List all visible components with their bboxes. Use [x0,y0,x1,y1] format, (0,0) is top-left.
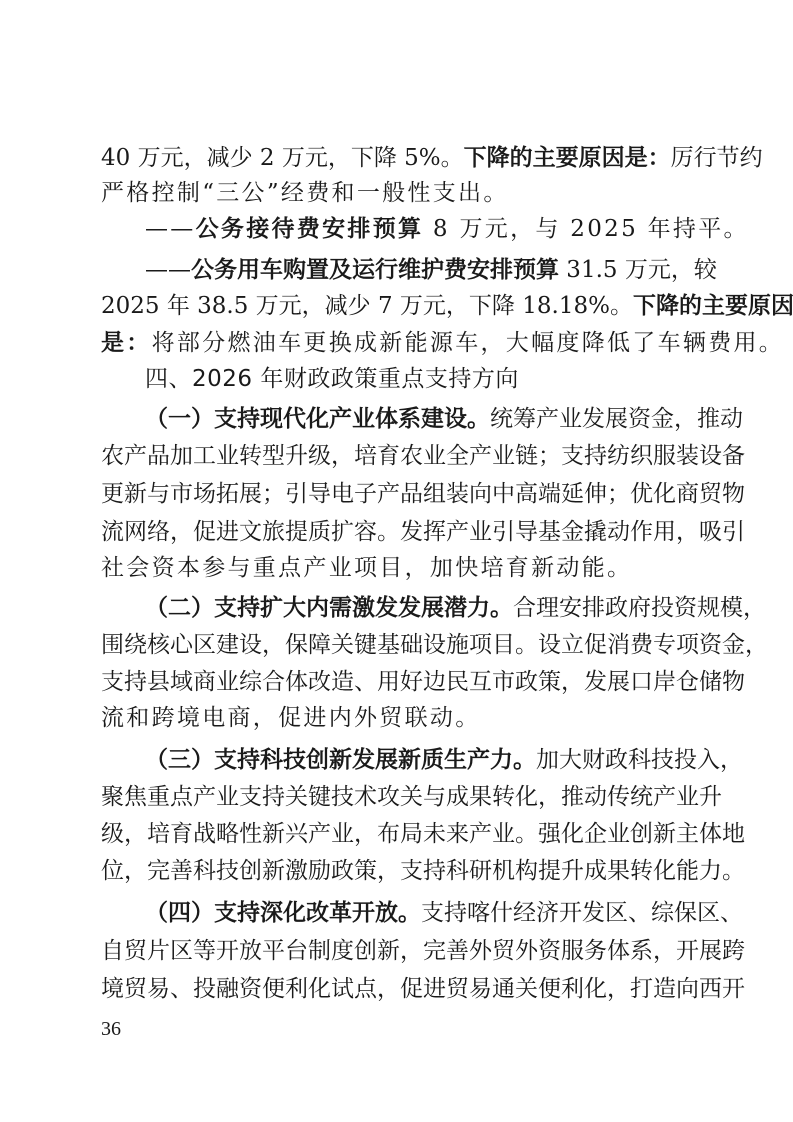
body-text: 社会资本参与重点产业项目，加快培育新动能。 [101,555,632,581]
em-dash: —— [145,257,191,283]
paragraph-line: 2025 年 38.5 万元，减少 7 万元，下降 18.18%。下降的主要原因 [101,291,691,321]
em-dash: —— [145,216,196,242]
bold-reason-label: 下降的主要原因 [633,293,793,319]
body-text: 将部分燃油车更换成新能源车，大幅度降低了车辆费用。 [152,330,785,356]
paragraph-line: 是：将部分燃油车更换成新能源车，大幅度降低了车辆费用。 [101,328,691,358]
paragraph-line: 位，完善科技创新激励政策，支持科研机构提升成果转化能力。 [101,856,691,886]
paragraph-line: 严格控制“三公”经费和一般性支出。 [101,178,691,208]
body-text: 厉行节约 [671,145,763,171]
body-text: 流和跨境电商，促进内外贸联动。 [101,705,481,731]
body-text: 农产品加工业转型升级，培育农业全产业链；支持纺织服装设备 [101,443,745,469]
bold-item-label: 公务用车购置及运行维护费安排预算 [191,257,559,283]
paragraph-line: 自贸片区等开放平台制度创新，完善外贸外资服务体系，开展跨 [101,936,691,966]
paragraph-line: 围绕核心区建设，保障关键基础设施项目。设立促消费专项资金， [101,630,691,660]
body-text: 统筹产业发展资金，推动 [490,406,743,432]
paragraph-line: 聚焦重点产业支持关键技术攻关与成果转化，推动传统产业升 [101,782,691,812]
paragraph-line: 流网络，促进文旅提质扩容。发挥产业引导基金撬动作用，吸引 [101,517,691,547]
body-text: 围绕核心区建设，保障关键基础设施项目。设立促消费专项资金， [101,632,768,658]
section-heading-text: 四、2026 年财政政策重点支持方向 [145,366,519,392]
body-text: 合理安排政府投资规模， [513,595,766,621]
paragraph-line: 更新与市场拓展；引导电子产品组装向中高端延伸；优化商贸物 [101,479,691,509]
paragraph-line: 流和跨境电商，促进内外贸联动。 [101,703,691,733]
page-number: 36 [101,1018,121,1041]
body-text: 支持县域商业综合体改造、用好边民互市政策，发展口岸仓储物 [101,669,745,695]
bold-item-label: 公务接待费安排预算 [196,216,424,242]
paragraph-line: （四）支持深化改革开放。支持喀什经济开发区、综保区、 [145,898,691,928]
paragraph-line: 社会资本参与重点产业项目，加快培育新动能。 [101,553,691,583]
body-text: 级，培育战略性新兴产业，布局未来产业。强化企业创新主体地 [101,821,745,847]
body-text: 位，完善科技创新激励政策，支持科研机构提升成果转化能力。 [101,858,745,884]
body-text: 31.5 万元，较 [559,257,717,283]
body-text: 8 万元，与 2025 年持平。 [423,216,749,242]
body-text: 更新与市场拓展；引导电子产品组装向中高端延伸；优化商贸物 [101,481,745,507]
body-text: 支持喀什经济开发区、综保区、 [421,900,743,926]
paragraph-line: （三）支持科技创新发展新质生产力。加大财政科技投入， [145,745,691,775]
subsection-title: （一）支持现代化产业体系建设。 [145,406,490,432]
body-text: 聚焦重点产业支持关键技术攻关与成果转化，推动传统产业升 [101,784,722,810]
bold-reason-label: 下降的主要原因是： [464,145,671,171]
body-text: 严格控制“三公”经费和一般性支出。 [101,180,509,206]
paragraph-line: 40 万元，减少 2 万元，下降 5%。下降的主要原因是：厉行节约 [101,143,691,173]
body-text: 40 万元，减少 2 万元，下降 5%。 [101,145,464,171]
subsection-title: （二）支持扩大内需激发发展潜力。 [145,595,513,621]
subsection-title: （四）支持深化改革开放。 [145,900,421,926]
body-text: 自贸片区等开放平台制度创新，完善外贸外资服务体系，开展跨 [101,938,745,964]
paragraph-line: ——公务用车购置及运行维护费安排预算 31.5 万元，较 [145,255,691,285]
body-text: 加大财政科技投入， [536,747,743,773]
paragraph-line: 级，培育战略性新兴产业，布局未来产业。强化企业创新主体地 [101,819,691,849]
body-text: 2025 年 38.5 万元，减少 7 万元，下降 18.18%。 [101,293,633,319]
paragraph-line: 支持县域商业综合体改造、用好边民互市政策，发展口岸仓储物 [101,667,691,697]
bold-reason-label: 是： [101,330,152,356]
paragraph-line: ——公务接待费安排预算 8 万元，与 2025 年持平。 [145,214,691,244]
paragraph-line: 农产品加工业转型升级，培育农业全产业链；支持纺织服装设备 [101,441,691,471]
body-text: 流网络，促进文旅提质扩容。发挥产业引导基金撬动作用，吸引 [101,519,745,545]
body-text: 境贸易、投融资便利化试点，促进贸易通关便利化，打造向西开 [101,976,745,1002]
document-page: 40 万元，减少 2 万元，下降 5%。下降的主要原因是：厉行节约 严格控制“三… [0,0,793,1122]
subsection-title: （三）支持科技创新发展新质生产力。 [145,747,536,773]
paragraph-line: （一）支持现代化产业体系建设。统筹产业发展资金，推动 [145,404,691,434]
paragraph-line: 境贸易、投融资便利化试点，促进贸易通关便利化，打造向西开 [101,974,691,1004]
section-heading: 四、2026 年财政政策重点支持方向 [145,364,691,394]
paragraph-line: （二）支持扩大内需激发发展潜力。合理安排政府投资规模， [145,593,691,623]
